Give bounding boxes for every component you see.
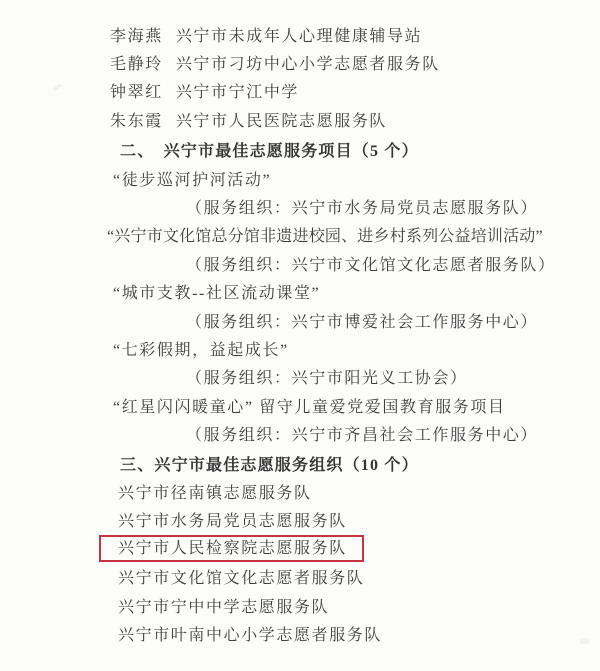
awardee-row: 李海燕 兴宁市未成年人心理健康辅导站 — [0, 20, 600, 48]
organization-list-item-text: 兴宁市人民检察院志愿服务队 — [118, 540, 347, 557]
awardee-name: 朱东霞 — [110, 108, 163, 131]
scanned-document-page: 李海燕 兴宁市未成年人心理健康辅导站 毛静玲 兴宁市刁坊中心小学志愿者服务队 钟… — [0, 0, 600, 671]
project-service-org: （服务组织：兴宁市博爱社会工作服务中心） — [0, 306, 600, 334]
awardee-organization: 兴宁市人民医院志愿服务队 — [176, 108, 387, 131]
organization-list-item-highlighted: 兴宁市人民检察院志愿服务队 — [0, 534, 600, 562]
project-service-org: （服务组织：兴宁市阳光义工协会） — [0, 363, 600, 391]
awardee-row: 朱东霞 兴宁市人民医院志愿服务队 — [0, 105, 600, 133]
organization-list-item: 兴宁市文化馆文化志愿者服务队 — [0, 562, 600, 590]
section-2-heading: 二、 兴宁市最佳志愿服务项目（5 个） — [0, 136, 600, 164]
project-title: “徒步巡河护河活动” — [0, 164, 600, 192]
project-service-org: （服务组织：兴宁市文化馆文化志愿者服务队） — [0, 249, 600, 277]
project-service-org: （服务组织：兴宁市齐昌社会工作服务中心） — [0, 419, 600, 447]
awardee-name: 钟翠红 — [110, 79, 163, 102]
project-title: “城市支教--社区流动课堂” — [0, 278, 600, 306]
project-title: “兴宁市文化馆总分馆非遗进校园、进乡村系列公益培训活动” — [0, 221, 600, 249]
awardee-organization: 兴宁市宁江中学 — [176, 79, 299, 102]
organization-list-item: 兴宁市宁中中学志愿服务队 — [0, 591, 600, 619]
awardee-row: 毛静玲 兴宁市刁坊中心小学志愿者服务队 — [0, 48, 600, 76]
organization-list-item: 兴宁市水务局党员志愿服务队 — [0, 506, 600, 534]
organization-list-item: 兴宁市径南镇志愿服务队 — [0, 477, 600, 505]
project-title: “红星闪闪暖童心” 留守儿童爱党爱国教育服务项目 — [0, 391, 600, 419]
project-service-org: （服务组织：兴宁市水务局党员志愿服务队） — [0, 192, 600, 220]
organization-list-item: 兴宁市叶南中心小学志愿者服务队 — [0, 619, 600, 647]
awardee-row: 钟翠红 兴宁市宁江中学 — [0, 77, 600, 105]
scan-artifact — [580, 638, 589, 644]
awardee-organization: 兴宁市刁坊中心小学志愿者服务队 — [176, 51, 440, 74]
section-3-heading: 三、兴宁市最佳志愿服务组织（10 个） — [0, 449, 600, 477]
highlight-box: 兴宁市人民检察院志愿服务队 — [99, 535, 364, 562]
awardee-organization: 兴宁市未成年人心理健康辅导站 — [176, 23, 422, 46]
awardee-name: 李海燕 — [110, 23, 163, 46]
project-title: “七彩假期，益起成长” — [0, 334, 600, 362]
awardee-name: 毛静玲 — [110, 51, 163, 74]
